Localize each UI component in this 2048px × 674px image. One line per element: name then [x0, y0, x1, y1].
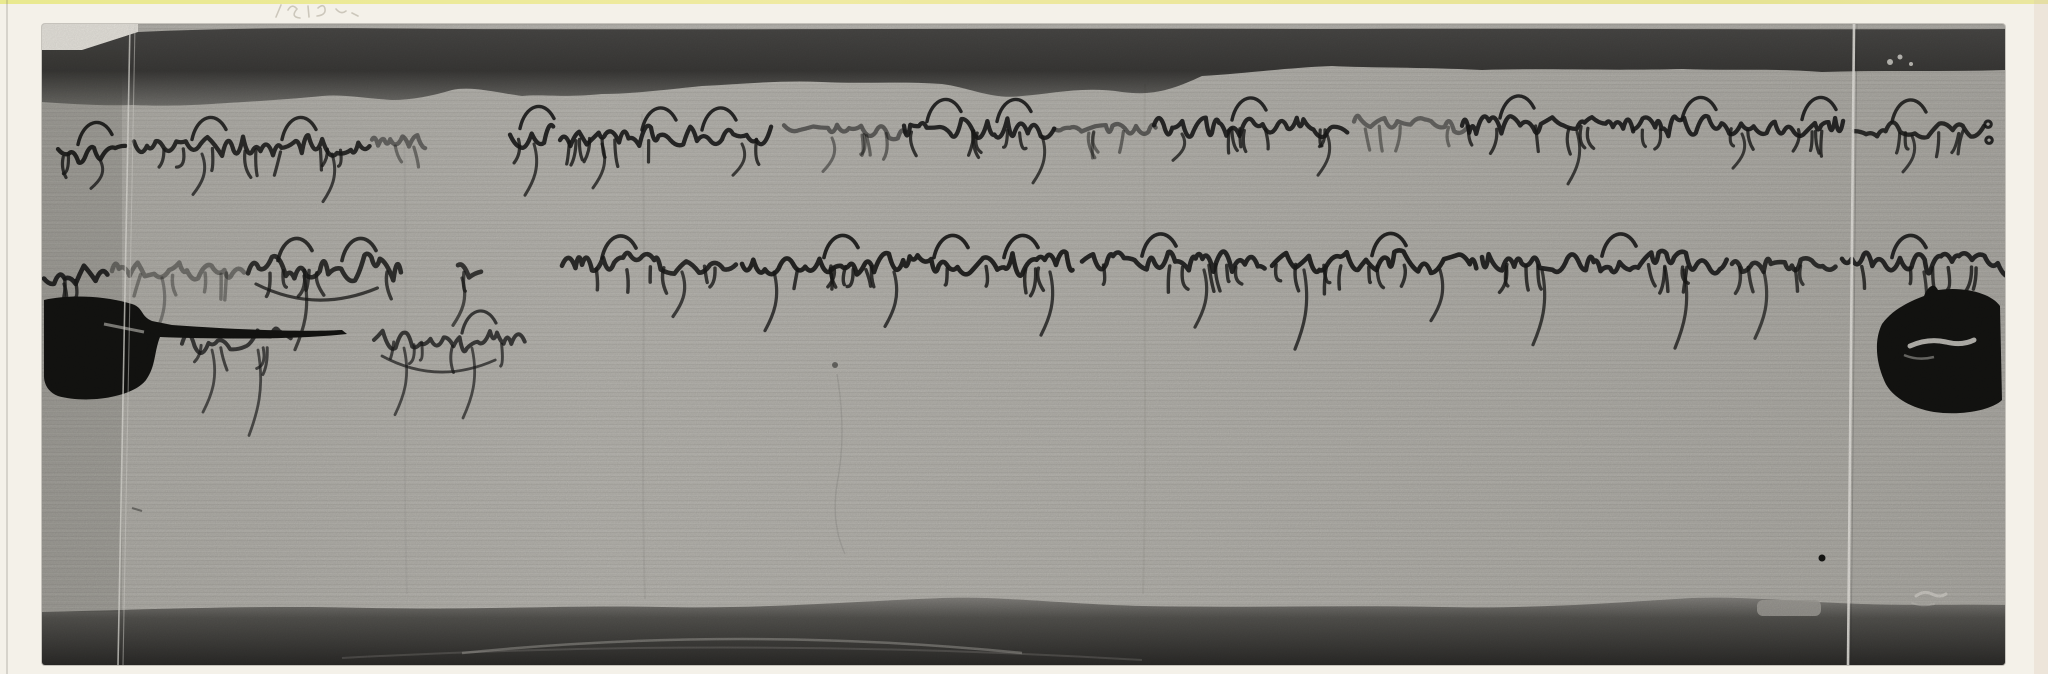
manuscript-artwork: [42, 24, 2005, 665]
photo-mount: [0, 0, 2048, 674]
border-pencil-mark: [268, 1, 398, 23]
photo-grain-overlay: [42, 24, 2005, 665]
leaf-surface: [42, 24, 2005, 665]
scan-edge-line-left: [6, 0, 8, 674]
scan-edge-tint-right: [2034, 0, 2048, 674]
manuscript-photo: [42, 24, 2005, 665]
